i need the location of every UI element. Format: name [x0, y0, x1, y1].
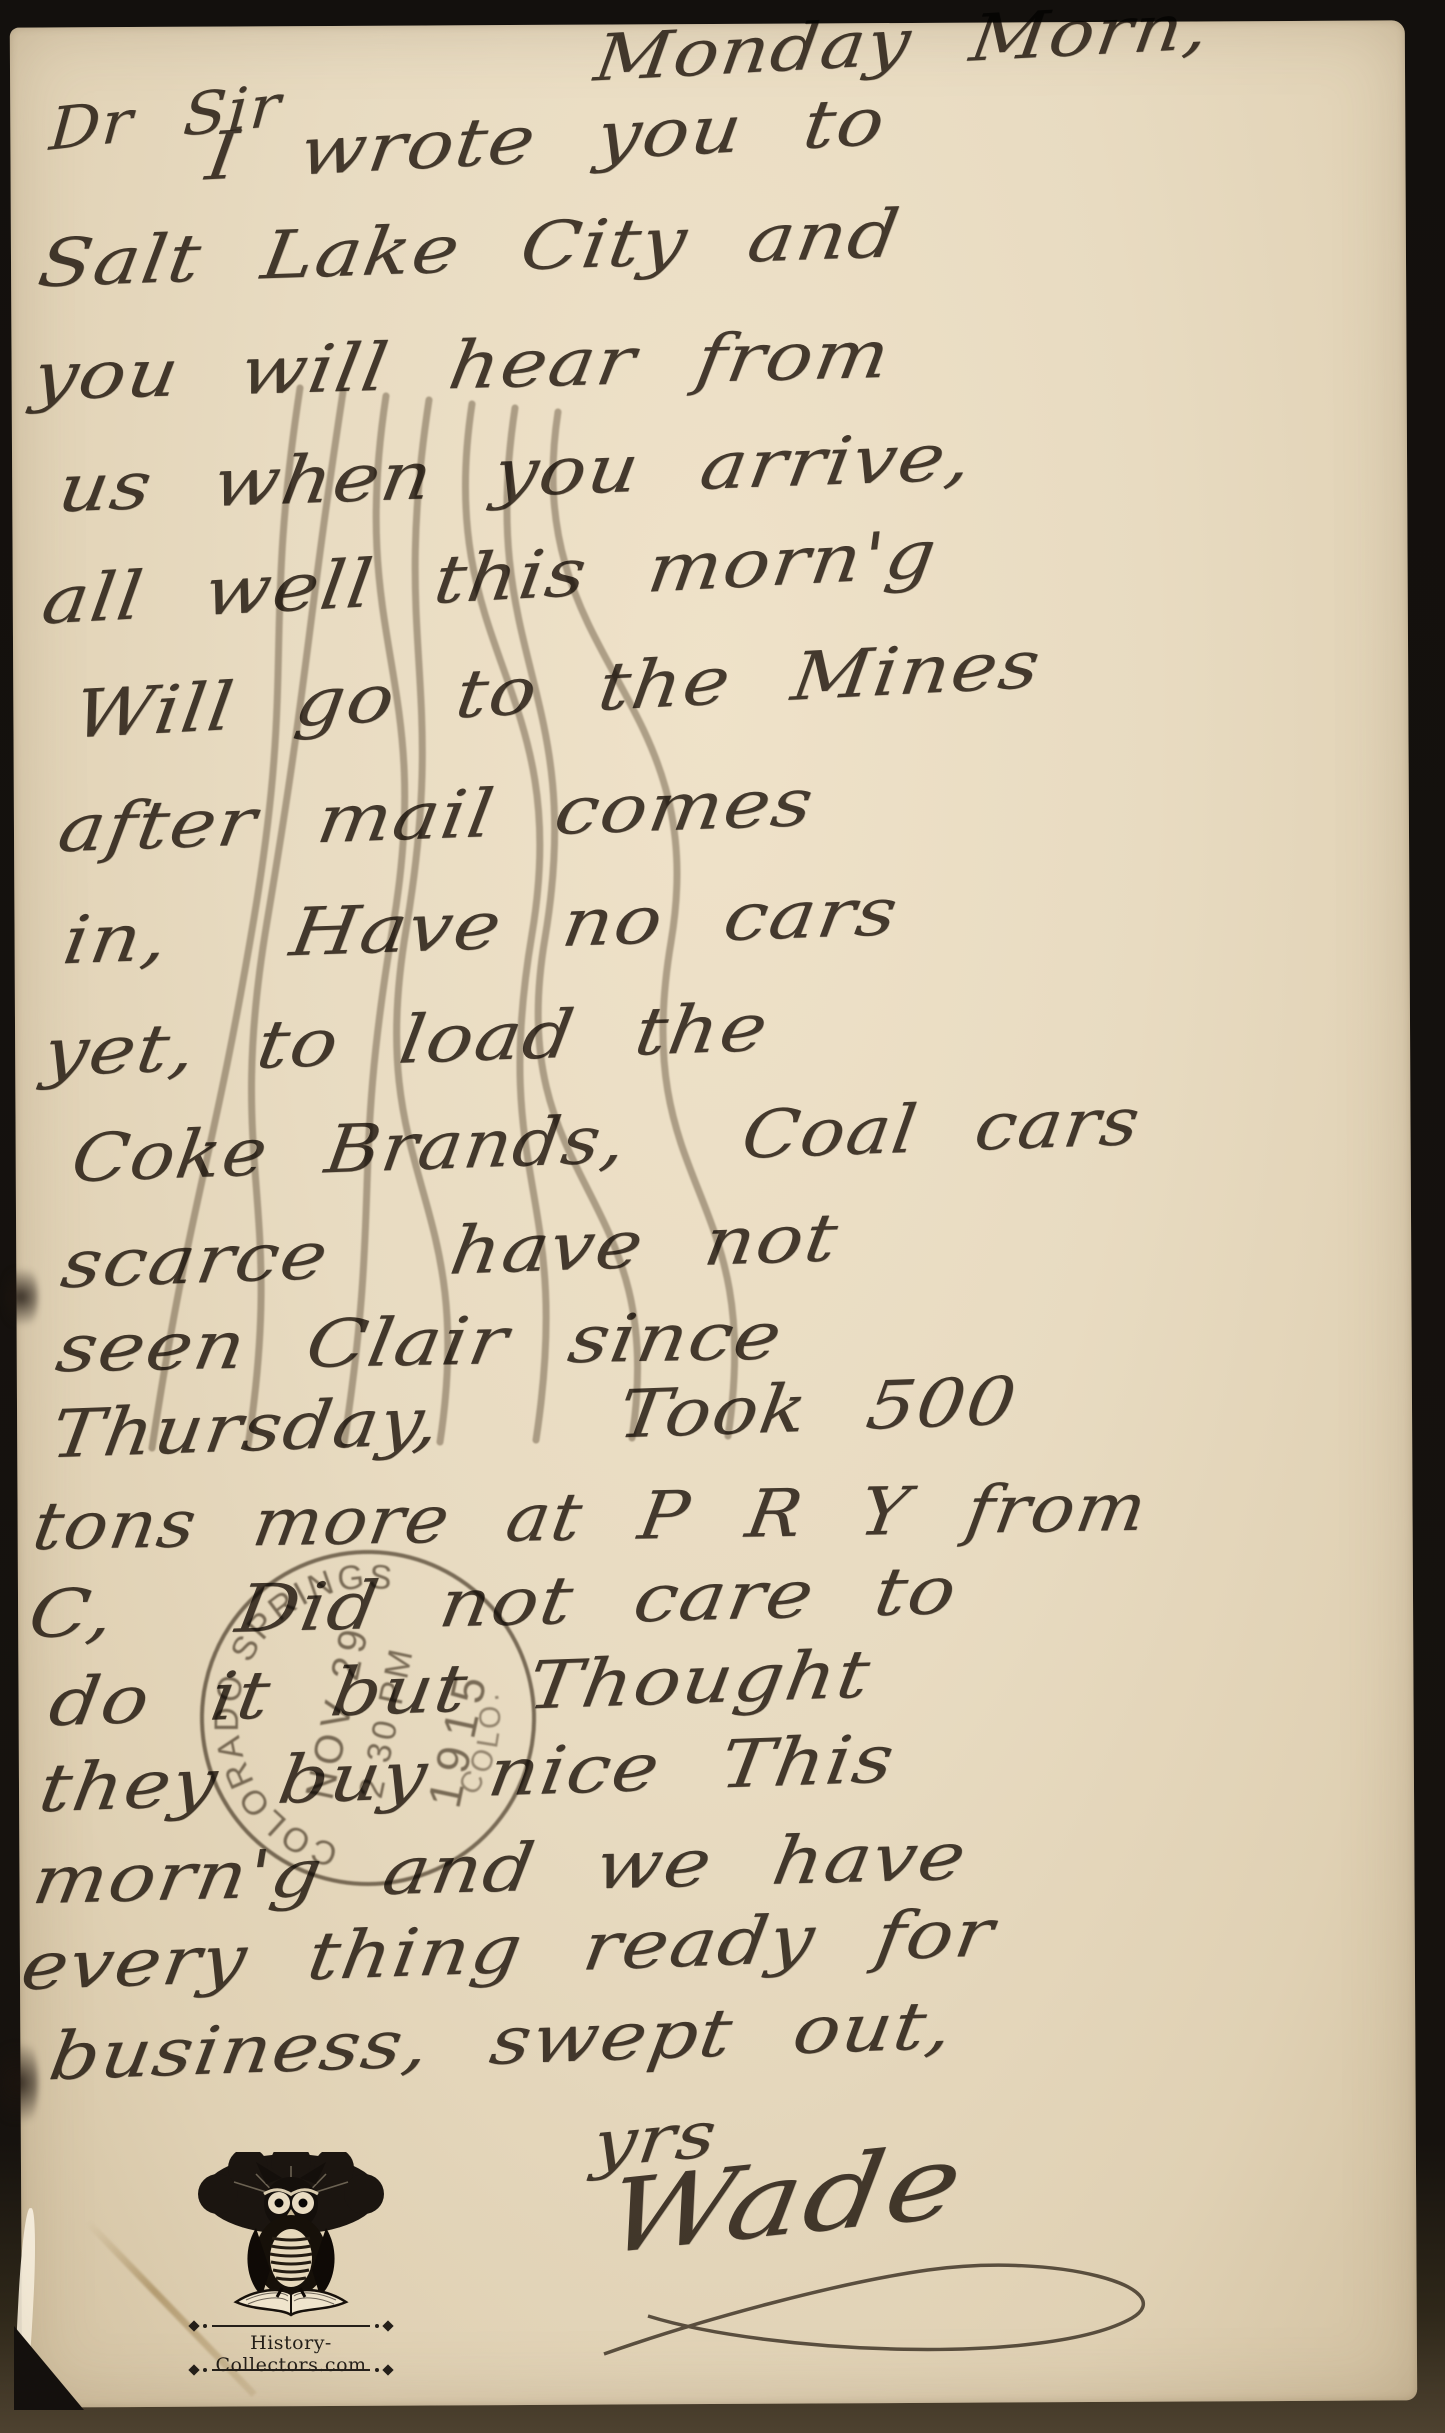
- signature-flourish: [604, 2265, 1143, 2354]
- watermark-divider-top: [190, 2322, 392, 2330]
- watermark-divider-bottom: [190, 2366, 392, 2374]
- edge-stain: [4, 1258, 38, 1336]
- photo-scene: COLORADO SPRINGS COLO. NOV 29 2 30 PM 19…: [0, 0, 1445, 2433]
- owl-logo-icon: [196, 2152, 386, 2324]
